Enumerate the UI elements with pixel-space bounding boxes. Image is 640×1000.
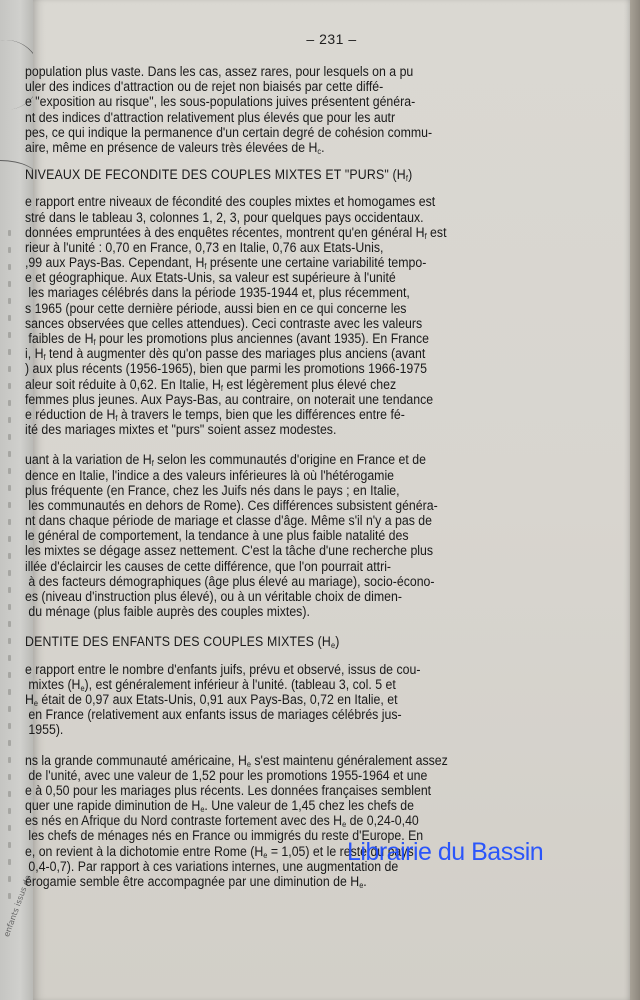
text-line: e rapport entre niveaux de fécondité des…: [25, 194, 577, 209]
text-line: e et géographique. Aux Etats-Unis, sa va…: [25, 270, 577, 285]
text-line: e "exposition au risque", les sous-popul…: [25, 94, 577, 109]
bleed-mark: [8, 502, 11, 508]
bleed-mark: [8, 519, 11, 525]
bleed-mark: [8, 417, 11, 423]
paragraph: population plus vaste. Dans les cas, ass…: [25, 64, 577, 155]
text-line: dence en Italie, l'indice a des valeurs …: [25, 468, 577, 483]
bleed-mark: [8, 281, 11, 287]
text-line: e rapport entre le nombre d'enfants juif…: [25, 662, 577, 677]
bleed-mark: [8, 553, 11, 559]
text-line: ns la grande communauté américaine, He s…: [25, 753, 577, 768]
bleed-mark: [8, 332, 11, 338]
text-line: rieur à l'unité : 0,70 en France, 0,73 e…: [25, 240, 577, 255]
text-line: les communautés en dehors de Rome). Ces …: [25, 498, 577, 513]
text-line: de l'unité, avec une valeur de 1,52 pour…: [25, 768, 577, 783]
text-line: illée d'éclaircir les causes de cette di…: [25, 559, 577, 574]
bleed-mark: [8, 723, 11, 729]
bleed-mark: [8, 587, 11, 593]
bleed-mark: [8, 893, 11, 899]
text-line: stré dans le tableau 3, colonnes 1, 2, 3…: [25, 210, 577, 225]
text-line: faibles de Hf pour les promotions plus a…: [25, 331, 577, 346]
text-line: es nés en Afrique du Nord contraste fort…: [25, 813, 577, 828]
text-line: sances observées que celles attendues). …: [25, 316, 577, 331]
text-line: le général de comportement, la tendance …: [25, 528, 577, 543]
bleed-mark: [8, 315, 11, 321]
page-number: – 231 –: [33, 31, 630, 47]
text-line: à des facteurs démographiques (âge plus …: [25, 574, 577, 589]
text-line: les mariages célébrés dans la période 19…: [25, 285, 577, 300]
text-line: population plus vaste. Dans les cas, ass…: [25, 64, 577, 79]
bleed-mark: [8, 689, 11, 695]
paragraph: e rapport entre niveaux de fécondité des…: [25, 194, 577, 437]
text-line: ,99 aux Pays-Bas. Cependant, Hf présente…: [25, 255, 577, 270]
bleed-mark: [8, 485, 11, 491]
bleed-mark: [8, 468, 11, 474]
bleed-mark: [8, 570, 11, 576]
bleed-mark: [8, 349, 11, 355]
text-line: ité des mariages mixtes et "purs" soient…: [25, 422, 577, 437]
text-line: données empruntées à des enquêtes récent…: [25, 225, 577, 240]
text-line: 1955).: [25, 722, 577, 737]
bleed-mark: [8, 825, 11, 831]
text-line: nt des indices d'attraction relativement…: [25, 110, 577, 125]
bleed-mark: [8, 366, 11, 372]
text-line: aleur soit réduite à 0,62. En Italie, Hf…: [25, 377, 577, 392]
text-line: pes, ce qui indique la permanence d'un c…: [25, 125, 577, 140]
bleed-mark: [8, 230, 11, 236]
text-line: i, Hf tend à augmenter dès qu'on passe d…: [25, 346, 577, 361]
bleed-mark: [8, 672, 11, 678]
text-line: ) aux plus récents (1956-1965), bien que…: [25, 361, 577, 376]
bleed-mark: [8, 247, 11, 253]
bleed-mark: [8, 451, 11, 457]
text-line: e réduction de Hf à travers le temps, bi…: [25, 407, 577, 422]
bleed-mark: [8, 621, 11, 627]
paragraph: e rapport entre le nombre d'enfants juif…: [25, 662, 577, 738]
page-body: population plus vaste. Dans les cas, ass…: [25, 64, 577, 889]
bleed-mark: [8, 604, 11, 610]
text-line: e à 0,50 pour les mariages plus récents.…: [25, 783, 577, 798]
text-line: mixtes (He), est généralement inférieur …: [25, 677, 577, 692]
bleed-mark: [8, 808, 11, 814]
bleed-mark: [8, 655, 11, 661]
text-line: He était de 0,97 aux Etats-Unis, 0,91 au…: [25, 692, 577, 707]
text-line: en France (relativement aux enfants issu…: [25, 707, 577, 722]
bleed-mark: [8, 876, 11, 882]
section-heading: DENTITE DES ENFANTS DES COUPLES MIXTES (…: [25, 634, 577, 649]
page-edge: [630, 0, 640, 1000]
text-line: femmes plus jeunes. Aux Pays-Bas, au con…: [25, 392, 577, 407]
bleed-mark: [8, 638, 11, 644]
text-line: du ménage (plus faible auprès des couple…: [25, 604, 577, 619]
text-line: s 1965 (pour cette dernière période, aus…: [25, 301, 577, 316]
bleed-mark: [8, 859, 11, 865]
book-photo: enfants issus de – 231 – population plus…: [0, 0, 640, 1000]
paragraph: ns la grande communauté américaine, He s…: [25, 753, 577, 890]
text-line: nt dans chaque période de mariage et cla…: [25, 513, 577, 528]
bleed-mark: [8, 757, 11, 763]
watermark: Librairie du Bassin: [347, 838, 543, 867]
text-line: uler des indices d'attraction ou de reje…: [25, 79, 577, 94]
bleed-mark: [8, 536, 11, 542]
bleed-mark: [8, 434, 11, 440]
bleed-mark: [8, 298, 11, 304]
bleed-mark: [8, 842, 11, 848]
text-line: plus fréquente (en France, chez les Juif…: [25, 483, 577, 498]
bleed-mark: [8, 264, 11, 270]
text-line: es (niveau d'instruction plus élevé), ou…: [25, 589, 577, 604]
text-line: quer une rapide diminution de He. Une va…: [25, 798, 577, 813]
bleed-mark: [8, 383, 11, 389]
bleed-mark: [8, 706, 11, 712]
paragraph: uant à la variation de Hf selon les comm…: [25, 452, 577, 619]
text-line: aire, même en présence de valeurs très é…: [25, 140, 577, 155]
bleed-mark: [8, 400, 11, 406]
section-heading: NIVEAUX DE FECONDITE DES COUPLES MIXTES …: [25, 167, 577, 182]
bleed-mark: [8, 791, 11, 797]
bleed-mark: [8, 774, 11, 780]
bleed-mark: [8, 740, 11, 746]
text-line: les mixtes se dégage assez nettement. C'…: [25, 543, 577, 558]
text-line: uant à la variation de Hf selon les comm…: [25, 452, 577, 467]
text-line: érogamie semble être accompagnée par une…: [25, 874, 577, 889]
